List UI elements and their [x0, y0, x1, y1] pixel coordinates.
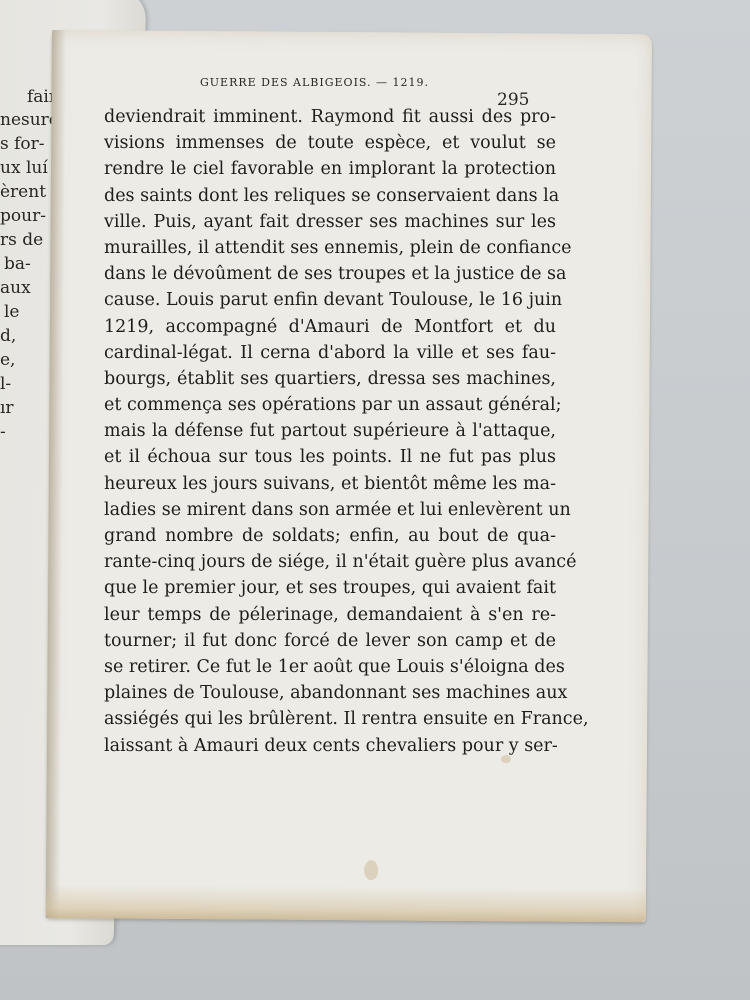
- text-line: tourner; il fut donc forcé de lever son …: [104, 628, 556, 654]
- text-line: rante-cinq jours de siége, il n'était gu…: [104, 549, 556, 575]
- left-fragment: èrent: [0, 182, 46, 202]
- text-line: et commença ses opérations par un assaut…: [104, 392, 556, 418]
- text-line: grand nombre de soldats; enfin, au bout …: [104, 523, 556, 549]
- text-line: ville. Puis, ayant fait dresser ses mach…: [104, 209, 556, 235]
- text-line: cause. Louis parut enfin devant Toulouse…: [104, 287, 556, 313]
- left-fragment: e,: [0, 350, 15, 370]
- text-line: deviendrait imminent. Raymond fit aussi …: [104, 104, 556, 130]
- text-line: plaines de Toulouse, abandonnant ses mac…: [104, 680, 556, 706]
- text-line: leur temps de pélerinage, demandaient à …: [104, 602, 556, 628]
- left-fragment: rs de: [0, 230, 43, 250]
- text-line: mais la défense fut partout supérieure à…: [104, 418, 556, 444]
- left-fragment: le: [4, 302, 20, 322]
- left-fragment: ux luí: [0, 158, 48, 178]
- text-line: visions immenses de toute espèce, et vou…: [104, 130, 556, 156]
- left-fragment: s for-: [0, 134, 45, 154]
- text-line: cardinal-légat. Il cerna d'abord la vill…: [104, 340, 556, 366]
- left-fragment: l-: [0, 374, 11, 394]
- left-fragment: pour-: [0, 206, 46, 226]
- text-line: murailles, il attendit ses ennemis, plei…: [104, 235, 556, 261]
- foxing-stain: [364, 860, 378, 880]
- left-fragment: nesure: [0, 110, 59, 130]
- text-line: que le premier jour, et ses troupes, qui…: [104, 575, 556, 601]
- text-line: rendre le ciel favorable en implorant la…: [104, 156, 556, 182]
- body-text: deviendrait imminent. Raymond fit aussi …: [104, 104, 556, 759]
- left-fragment: d,: [0, 326, 16, 346]
- left-fragment: ba-: [4, 254, 31, 274]
- text-line: laissant à Amauri deux cents chevaliers …: [104, 733, 556, 759]
- running-head: GUERRE DES ALBIGEOIS. — 1219.: [200, 76, 429, 89]
- text-line: bourgs, établit ses quartiers, dressa se…: [104, 366, 556, 392]
- text-line: heureux les jours suivans, et bientôt mê…: [104, 471, 556, 497]
- text-line: se retirer. Ce fut le 1er août que Louis…: [104, 654, 556, 680]
- text-line: des saints dont les reliques se conserva…: [104, 183, 556, 209]
- text-line: dans le dévoûment de ses troupes et la j…: [104, 261, 556, 287]
- text-line: assiégés qui les brûlèrent. Il rentra en…: [104, 706, 556, 732]
- left-fragment: ır: [0, 398, 14, 418]
- text-line: et il échoua sur tous les points. Il ne …: [104, 444, 556, 470]
- left-fragment: -: [0, 422, 6, 442]
- left-fragment: aux: [0, 278, 31, 298]
- text-line: ladies se mirent dans son armée et lui e…: [104, 497, 556, 523]
- text-line: 1219, accompagné d'Amauri de Montfort et…: [104, 314, 556, 340]
